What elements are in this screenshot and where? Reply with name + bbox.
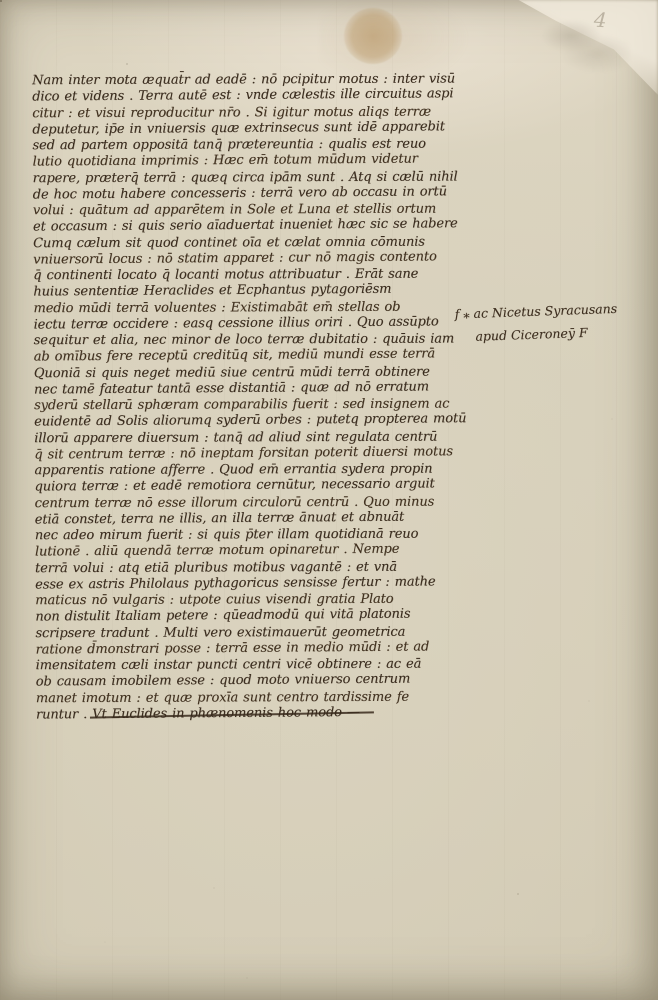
manuscript-line: lutio quotidiana imprimis : Hæc em̄ totu… [33, 151, 473, 171]
manuscript-line: ratione d̄monstrari posse : terrā esse i… [35, 639, 475, 659]
manuscript-line: huius sententiæ Heraclides et Ecphantus … [33, 281, 473, 301]
manuscript-line: de hoc motu habere concesseris : terrā v… [33, 184, 473, 204]
manuscript-page: 4 Nam inter mota æquat̄r ad eadē : nō pc… [0, 0, 658, 1000]
manuscript-line: q̄ sit centrum terræ : nō ineptam forsit… [34, 444, 474, 464]
ink-stain [344, 8, 402, 64]
manuscript-line: et occasum : si quis serio aīaduertat in… [33, 216, 473, 236]
manuscript-line: non distulit Italiam petere : qūeadmodū … [35, 606, 475, 626]
manuscript-line: nec tamē fateatur tantā esse distantiā :… [34, 379, 474, 399]
paper-specks [0, 0, 1, 1]
manuscript-line: ab omībus fere receptū creditūq sit, med… [34, 346, 474, 366]
manuscript-line: iectu terræ occidere : easq cessione ill… [33, 314, 473, 334]
text-block: Nam inter mota æquat̄r ad eadē : nō pcip… [32, 71, 476, 724]
manuscript-line: runtur . Vt Euclides in phænomenis hoc m… [36, 704, 476, 724]
margin-note: f ⁎ ac Nicetus Syracusans apud Ciceroneȳ… [454, 296, 655, 349]
folio-number: 4 [593, 10, 607, 31]
line-text: runtur . [36, 707, 92, 722]
manuscript-line: esse ex astris Philolaus pythagoricus se… [35, 574, 475, 594]
manuscript-line: quiora terræ : et eadē remotiora cernūtu… [34, 476, 474, 496]
manuscript-line: lutionē . aliū quendā terræ motum opinar… [35, 541, 475, 561]
manuscript-line: vniuersorū locus : nō statim apparet : c… [33, 249, 473, 269]
manuscript-line: etiā constet, terra ne illis, an illa te… [35, 509, 475, 529]
manuscript-line: euidentē ad Solis aliorumq syderū orbes … [34, 411, 474, 431]
manuscript-line: ob causam imobilem esse : quod moto vniu… [36, 671, 476, 691]
struck-text: Vt Euclides in phænomenis hoc modo — [92, 705, 360, 722]
manuscript-line: deputetur, ip̄e in vniuersis quæ extrins… [32, 119, 472, 139]
smudge [500, 8, 630, 78]
manuscript-line: dico et videns . Terra autē est : vnde c… [32, 86, 472, 106]
